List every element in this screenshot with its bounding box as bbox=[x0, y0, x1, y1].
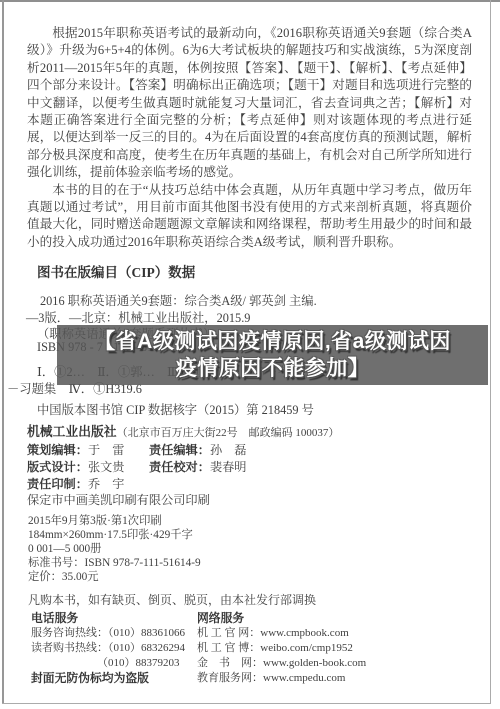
editor-label: 责任印制： bbox=[27, 477, 88, 491]
editor-row: 策划编辑：于 雷 责任编辑：孙 磊 bbox=[27, 441, 125, 458]
intro-paragraphs: 根据2015年职称英语考试的最新动向，《2016职称英语通关9套题（综合类A级）… bbox=[27, 25, 472, 251]
service-hotline: 服务咨询热线：（010）88361066 bbox=[31, 624, 185, 640]
golden-book-line: 金 书 网：www.golden-book.com bbox=[197, 654, 366, 670]
editor-value: 张文贵 bbox=[88, 460, 125, 474]
cip-record-number: 中国版本图书馆 CIP 数据核字（2015）第 218459 号 bbox=[37, 400, 314, 418]
editor-label: 责任校对： bbox=[149, 460, 210, 474]
intro-paragraph-2: 本书的目的在于“从技巧总结中体会真题，从历年真题中学习考点，做历年真题以通过考试… bbox=[27, 182, 472, 252]
publisher-address: （北京市百万庄大街22号 邮政编码 100037） bbox=[117, 427, 340, 439]
watermark-line-2: 疫情原因不能参加】 bbox=[176, 355, 370, 382]
purchase-hotline: 读者购书热线：（010）68326294 bbox=[31, 639, 185, 655]
editor-label: 责任编辑： bbox=[149, 443, 210, 457]
editor-row: 版式设计：张文贵 责任校对：裴春明 bbox=[27, 458, 125, 475]
publisher-name: 机械工业出版社 bbox=[27, 425, 117, 439]
edu-service-line: 教育服务网：www.cmpedu.com bbox=[197, 669, 345, 685]
anti-piracy-note: 封面无防伪标均为盗版 bbox=[31, 669, 149, 686]
editor-row: 责任印制：乔 宇 bbox=[27, 475, 125, 492]
editor-value: 于 雷 bbox=[88, 443, 125, 457]
weibo-line: 机 工 官 博：weibo.com/cmp1952 bbox=[197, 639, 353, 655]
cip-title-line: 2016 职称英语通关9套题：综合类A级/ 郭英剑 主编. bbox=[40, 291, 317, 309]
editor-value: 裴春明 bbox=[210, 460, 247, 474]
printer-line: 保定市中画美凯印刷有限公司印刷 bbox=[27, 491, 210, 508]
page-border-right bbox=[490, 0, 491, 704]
editor-label: 版式设计： bbox=[27, 460, 88, 474]
intro-paragraph-1: 根据2015年职称英语考试的最新动向，《2016职称英语通关9套题（综合类A级）… bbox=[27, 25, 472, 182]
editor-value: 孙 磊 bbox=[210, 443, 247, 457]
page-border-left bbox=[2, 0, 4, 704]
publisher-line: 机械工业出版社（北京市百万庄大街22号 邮政编码 100037） bbox=[27, 421, 339, 440]
editor-value: 乔 宇 bbox=[88, 477, 125, 491]
cip-heading: 图书在版编目（CIP）数据 bbox=[37, 261, 195, 281]
page-border-bottom bbox=[2, 703, 491, 704]
purchase-hotline-2: （010）88379203 bbox=[97, 654, 180, 670]
watermark-line-1: 【省A级测试因疫情原因,省a级测试因 bbox=[94, 328, 451, 355]
replacement-notice: 凡购本书，如有缺页、倒页、脱页，由本社发行部调换 bbox=[28, 591, 316, 608]
print-price: 定价：35.00元 bbox=[28, 568, 99, 584]
official-site-line: 机 工 官 网：www.cmpbook.com bbox=[197, 624, 349, 640]
editor-label: 策划编辑： bbox=[27, 443, 88, 457]
watermark-overlay: 【省A级测试因疫情原因,省a级测试因 疫情原因不能参加】 bbox=[57, 325, 488, 385]
page-border-top bbox=[0, 0, 500, 2]
